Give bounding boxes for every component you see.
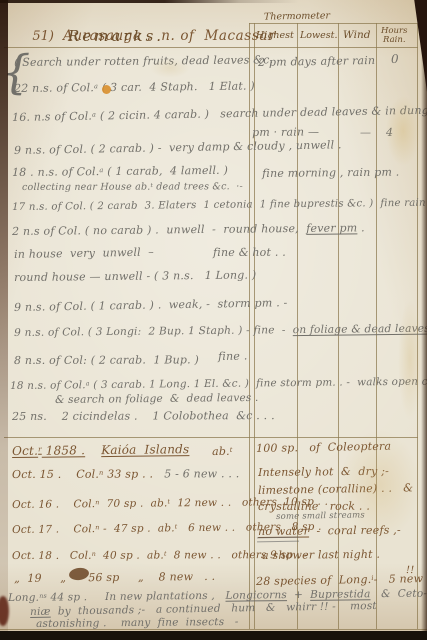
manuscript-line: a shower last night . bbox=[262, 549, 380, 563]
notebook-page: 51)Aurasauga . n. of Macassar Thermomete… bbox=[0, 0, 427, 640]
paper-stain bbox=[398, 300, 422, 420]
manuscript-line: 22 n.s. of Col.a ( 3 car. 4 Staph. 1 Ela… bbox=[14, 80, 255, 95]
manuscript-line: pm · rain — bbox=[252, 126, 319, 139]
manuscript-line: 9 n.s. of Col. ( 3 Longi: 2 Bup. 1 Staph… bbox=[14, 322, 427, 339]
manuscript-line: „ 19 „ 56 sp „ 8 new . . bbox=[14, 571, 215, 586]
manuscript-line: 16. n.s of Col.a ( 2 cicin. 4 carab. ) s… bbox=[12, 105, 427, 125]
manuscript-line: Oct. 15 . Col.n 33 sp . . 5 - 6 new . . … bbox=[12, 468, 239, 481]
manuscript-line: in house very unwell – bbox=[14, 247, 154, 262]
highest-header: Highest bbox=[256, 30, 294, 41]
manuscript-line: astonishing . many fine insects - bbox=[36, 616, 239, 630]
thermometer-label: Thermometer bbox=[264, 10, 330, 22]
lowest-header: Lowest. bbox=[300, 30, 338, 41]
section-rule bbox=[4, 437, 418, 438]
manuscript-line: 18 . n.s. of Col.a ( 1 carab, 4 lamell. … bbox=[12, 165, 228, 180]
manuscript-line: 9 n.s. of Col. ( 2 carab. ) - very damp … bbox=[14, 139, 342, 157]
manuscript-line: 28 species of Long.i- 5 new . bbox=[256, 573, 427, 589]
manuscript-line: fine . bbox=[218, 350, 248, 363]
bottom-page-edge bbox=[0, 631, 427, 640]
manuscript-line: round house — unwell - ( 3 n.s. 1 Long. … bbox=[14, 269, 256, 284]
paper-stain bbox=[386, 96, 420, 166]
top-page-edge bbox=[0, 0, 299, 3]
ink-blot bbox=[102, 85, 111, 94]
manuscript-line: 25 ns. 2 cicindelas . 1 Colobothea &c . … bbox=[12, 410, 275, 424]
manuscript-line: collecting near House ab.t dead trees &c… bbox=[22, 182, 243, 194]
wind-header: Wind bbox=[343, 29, 370, 41]
paper-stain bbox=[340, 430, 420, 540]
manuscript-line: 17 n.s. of Col. ( 2 carab 3. Elaters 1 c… bbox=[12, 197, 427, 213]
manuscript-line: & search on foliage & dead leaves . bbox=[55, 392, 259, 406]
manuscript-line: 0 bbox=[391, 53, 399, 67]
manuscript-line: 8 n.s. of Col: ( 2 carab. 1 Bup. ) bbox=[14, 354, 199, 367]
manuscript-line: 18 n.s. of Col.a ( 3 carab. 1 Long. 1 El… bbox=[10, 376, 427, 393]
manuscript-line: ( Search under rotten fruits, dead leave… bbox=[14, 54, 273, 69]
manuscript-line: Oct.r 1858 . Kaióa Islands bbox=[12, 443, 189, 459]
manuscript-line: 2 pm days after rain bbox=[258, 55, 375, 70]
manuscript-line: 9 n.s. of Col. ( 1 carab. ) . weak, - st… bbox=[14, 297, 288, 314]
paper-stain bbox=[150, 58, 190, 78]
manuscript-line: ab.t bbox=[212, 446, 233, 459]
manuscript-line: fine & hot . . bbox=[213, 247, 286, 260]
rain-header: Rain. bbox=[383, 35, 406, 45]
manuscript-line: 2 n.s of Col. ( no carab ) . unwell - ro… bbox=[12, 222, 365, 238]
manuscript-line: fine morning , rain pm . bbox=[262, 167, 400, 181]
left-page-edge bbox=[0, 0, 8, 640]
pencil-double-underline bbox=[257, 537, 299, 543]
right-page-edge bbox=[421, 0, 427, 640]
page-number: 51) bbox=[32, 29, 54, 44]
remarks-header: Remarks. bbox=[68, 27, 164, 45]
manuscript-line: !! bbox=[406, 565, 414, 577]
